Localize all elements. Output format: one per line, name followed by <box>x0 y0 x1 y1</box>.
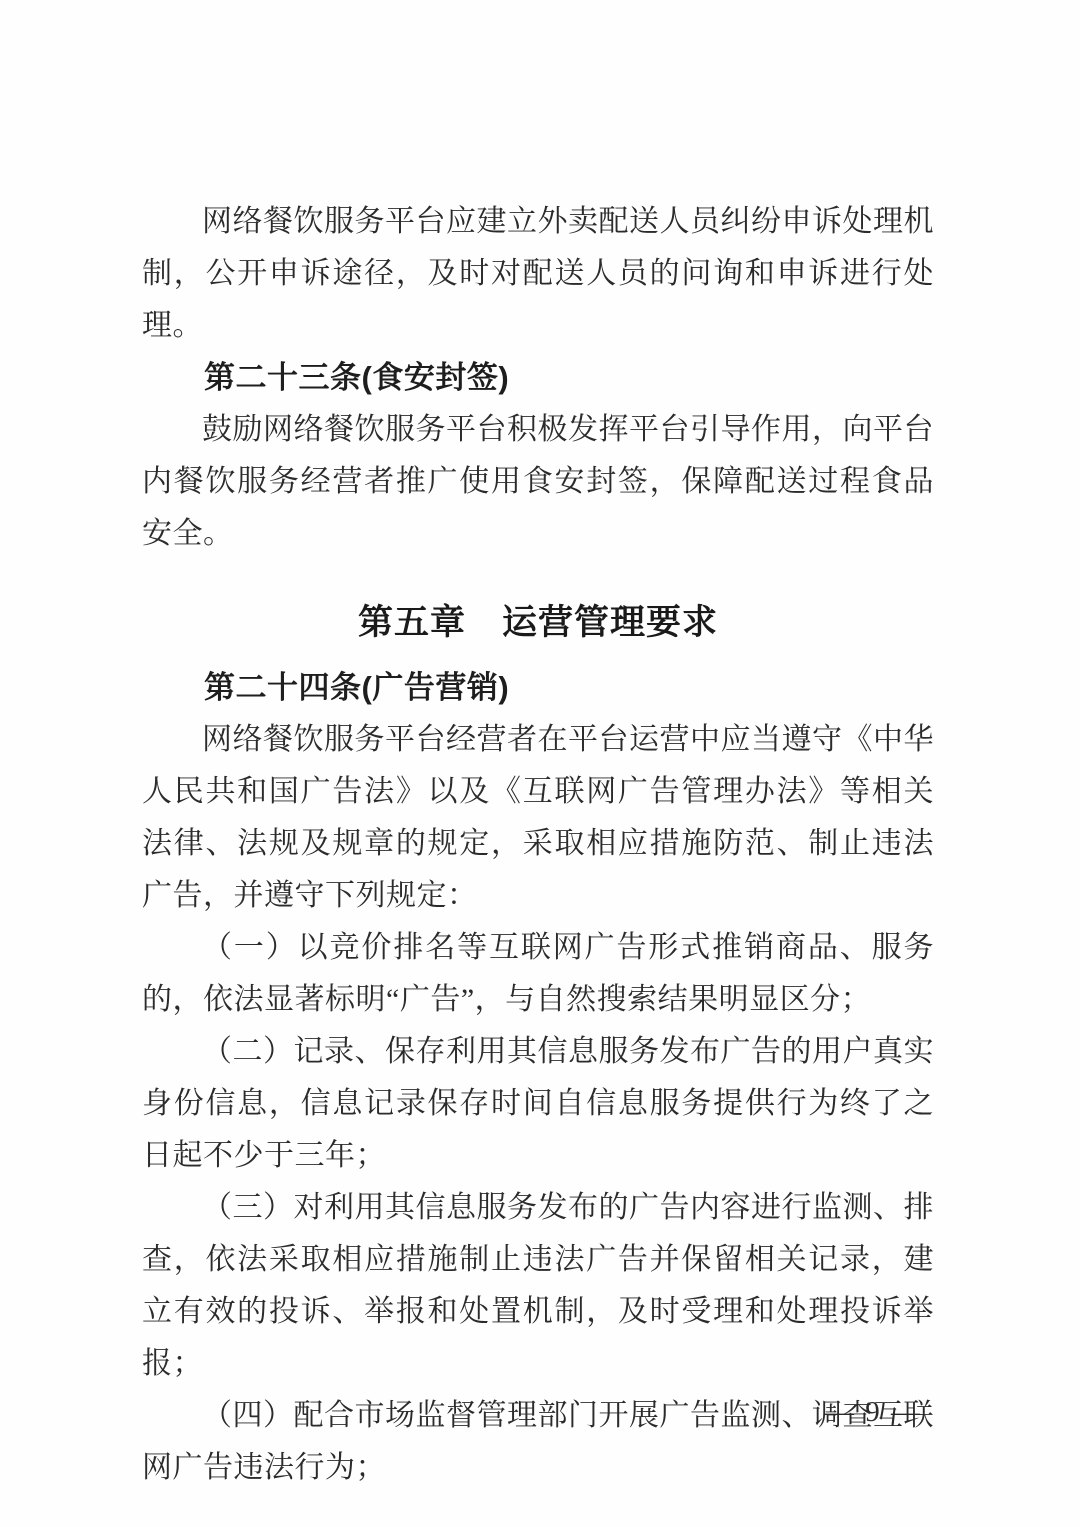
article-23-heading: 第二十三条(食安封签) <box>142 352 934 404</box>
list-item-paragraph-1: （一）以竞价排名等互联网广告形式推销商品、服务的，依法显著标明“广告”，与自然搜… <box>142 922 934 1026</box>
chapter-5-heading: 第五章 运营管理要求 <box>142 596 934 650</box>
list-item-paragraph-4: （四）配合市场监督管理部门开展广告监测、调查互联网广告违法行为； <box>142 1390 934 1494</box>
article-24-heading: 第二十四条(广告营销) <box>142 662 934 714</box>
list-item-paragraph-3: （三）对利用其信息服务发布的广告内容进行监测、排查，依法采取相应措施制止违法广告… <box>142 1182 934 1390</box>
page-number: — 9 — <box>825 1392 922 1432</box>
document-body: 网络餐饮服务平台应建立外卖配送人员纠纷申诉处理机制，公开申诉途径，及时对配送人员… <box>142 196 934 1494</box>
body-paragraph: 鼓励网络餐饮服务平台积极发挥平台引导作用，向平台内餐饮服务经营者推广使用食安封签… <box>142 404 934 560</box>
body-paragraph: 网络餐饮服务平台应建立外卖配送人员纠纷申诉处理机制，公开申诉途径，及时对配送人员… <box>142 196 934 352</box>
body-paragraph: 网络餐饮服务平台经营者在平台运营中应当遵守《中华人民共和国广告法》以及《互联网广… <box>142 714 934 922</box>
document-page: 网络餐饮服务平台应建立外卖配送人员纠纷申诉处理机制，公开申诉途径，及时对配送人员… <box>0 0 1080 1527</box>
list-item-paragraph-2: （二）记录、保存利用其信息服务发布广告的用户真实身份信息，信息记录保存时间自信息… <box>142 1026 934 1182</box>
